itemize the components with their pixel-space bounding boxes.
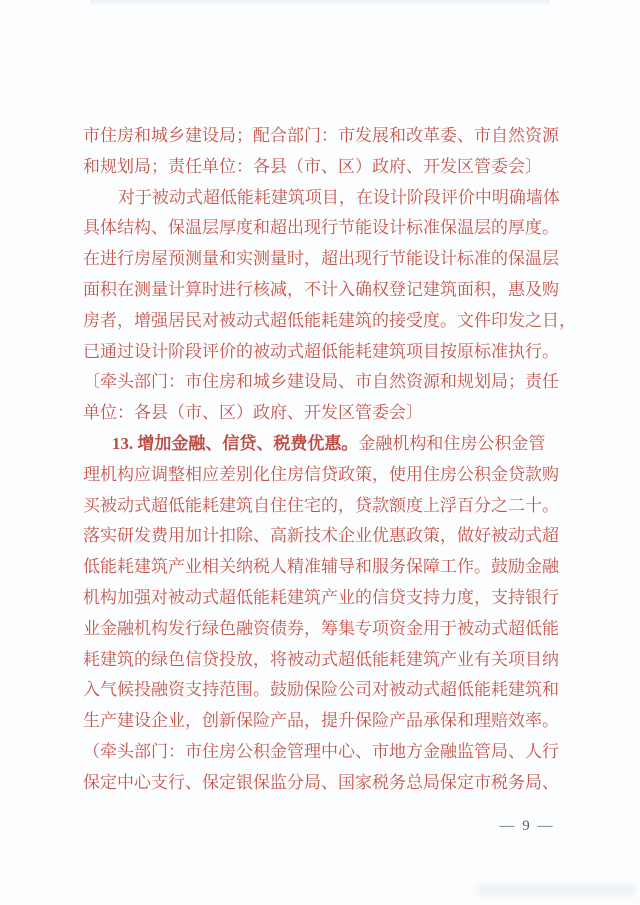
text-line: 买被动式超低能耗建筑自住住宅的，贷款额度上浮百分之二十。	[83, 491, 588, 522]
document-body: 市住房和城乡建设局；配合部门：市发展和改革委、市自然资源 和规划局；责任单位：各…	[83, 121, 588, 799]
item-13-heading: 13. 增加金融、信贷、税费优惠。	[112, 434, 359, 453]
scan-bleedthrough-artifact	[478, 884, 636, 896]
text-line: 保定中心支行、保定银保监分局、国家税务总局保定市税务局、	[83, 768, 588, 799]
text-line: 对于被动式超低能耗建筑项目，在设计阶段评价中明确墙体	[83, 183, 588, 214]
text-line: 已通过设计阶段评价的被动式超低能耗建筑项目按原标准执行。	[83, 337, 588, 368]
text-line: 机构加强对被动式超低能耗建筑产业的信贷支持力度，支持银行	[83, 583, 588, 614]
text-line: 房者，增强居民对被动式超低能耗建筑的接受度。文件印发之日，	[83, 306, 588, 337]
text-line: 和规划局；责任单位：各县（市、区）政府、开发区管委会〕	[83, 152, 588, 183]
text-line: 低能耗建筑产业相关纳税人精准辅导和服务保障工作。鼓励金融	[83, 552, 588, 583]
text-line: 业金融机构发行绿色融资债券，筹集专项资金用于被动式超低能	[83, 614, 588, 645]
text-line: 单位：各县（市、区）政府、开发区管委会〕	[83, 398, 588, 429]
text-line: 面积在测量计算时进行核减，不计入确权登记建筑面积，惠及购	[83, 275, 588, 306]
text-line: 在进行房屋预测量和实测量时，超出现行节能设计标准的保温层	[83, 244, 588, 275]
scan-edge-artifact	[90, 0, 550, 6]
text-line: 理机构应调整相应差别化住房信贷政策，使用住房公积金贷款购	[83, 460, 588, 491]
item-13-text: 金融机构和住房公积金管	[358, 434, 545, 453]
text-line: 〔牵头部门：市住房和城乡建设局、市自然资源和规划局；责任	[83, 367, 588, 398]
page-number: — 9 —	[492, 818, 562, 835]
text-line: 落实研发费用加计扣除、高新技术企业优惠政策，做好被动式超	[83, 521, 588, 552]
item-13-line: 13. 增加金融、信贷、税费优惠。金融机构和住房公积金管	[83, 429, 588, 460]
text-line: 市住房和城乡建设局；配合部门：市发展和改革委、市自然资源	[83, 121, 588, 152]
text-line: （牵头部门：市住房公积金管理中心、市地方金融监管局、人行	[83, 737, 588, 768]
text-line: 具体结构、保温层厚度和超出现行节能设计标准保温层的厚度。	[83, 213, 588, 244]
text-line: 入气候投融资支持范围。鼓励保险公司对被动式超低能耗建筑和	[83, 675, 588, 706]
text-line: 耗建筑的绿色信贷投放，将被动式超低能耗建筑产业有关项目纳	[83, 645, 588, 676]
text-line: 生产建设企业，创新保险产品，提升保险产品承保和理赔效率。	[83, 706, 588, 737]
